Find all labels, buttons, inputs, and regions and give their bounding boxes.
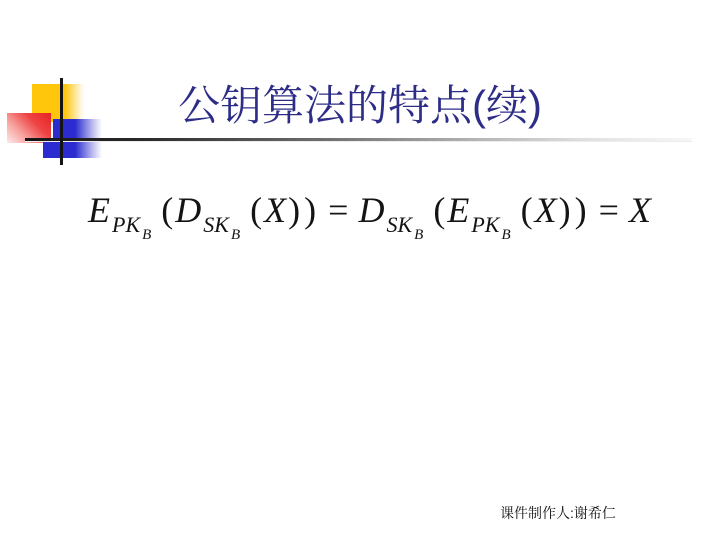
slide: 公钥算法的特点(续) EPKB(DSKB(X))=DSKB(EPKB(X))=X… [0, 0, 720, 540]
formula-subscript-group: SKB [203, 212, 240, 237]
title-divider-line [25, 138, 692, 142]
formula-var-X: X [264, 190, 286, 230]
decoration-vertical-line [60, 78, 63, 165]
formula-paren-open: ( [250, 190, 262, 230]
formula-var-D: D [175, 190, 201, 230]
formula-paren-open: ( [521, 190, 533, 230]
formula-paren-close: ) [559, 190, 571, 230]
formula-paren-close: ) [575, 190, 587, 230]
slide-title: 公钥算法的特点(续) [178, 82, 542, 130]
footer-credit: 课件制作人:谢希仁 [500, 505, 616, 522]
formula-sub-SK: SK [203, 212, 229, 237]
formula-paren-open: ( [433, 190, 445, 230]
formula-equals: = [599, 190, 619, 230]
formula-subscript-group: PKB [112, 212, 151, 237]
formula-var-E: E [447, 190, 469, 230]
formula-subsub-B: B [231, 227, 240, 243]
formula-var-E: E [88, 190, 110, 230]
formula-subsub-B: B [501, 227, 510, 243]
formula-equals: = [328, 190, 348, 230]
formula-paren-close: ) [304, 190, 316, 230]
formula: EPKB(DSKB(X))=DSKB(EPKB(X))=X [88, 188, 651, 257]
formula-subscript-group: PKB [471, 212, 510, 237]
formula-subscript-group: SKB [386, 212, 423, 237]
formula-var-X: X [629, 190, 651, 230]
formula-paren-close: ) [288, 190, 300, 230]
formula-subsub-B: B [142, 227, 151, 243]
formula-sub-PK: PK [471, 212, 499, 237]
formula-sub-PK: PK [112, 212, 140, 237]
formula-subsub-B: B [414, 227, 423, 243]
formula-var-X: X [535, 190, 557, 230]
formula-sub-SK: SK [386, 212, 412, 237]
formula-paren-open: ( [161, 190, 173, 230]
formula-var-D: D [358, 190, 384, 230]
